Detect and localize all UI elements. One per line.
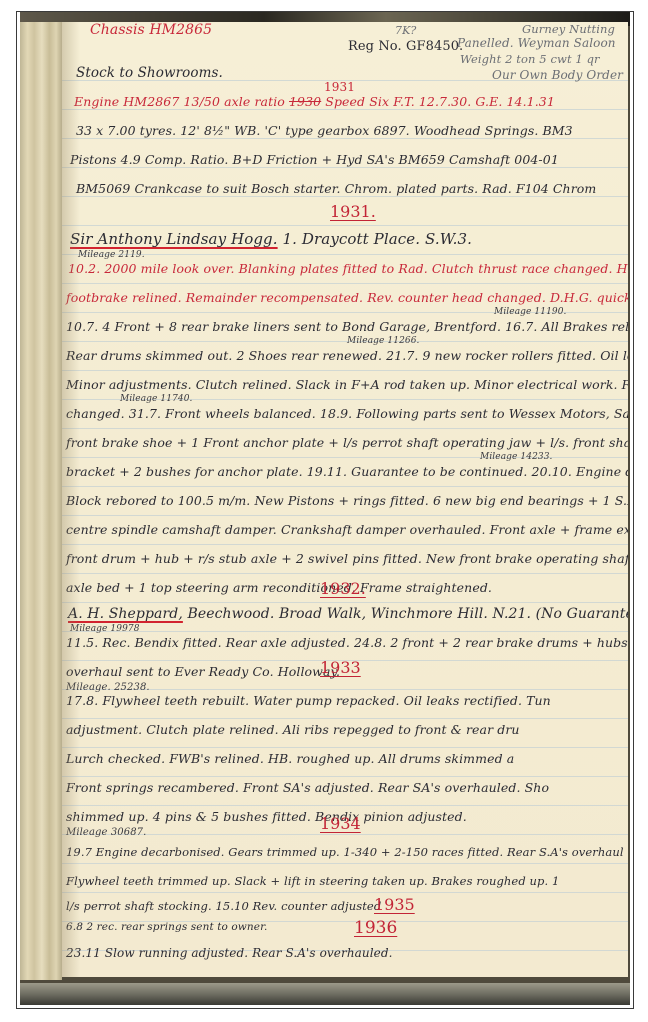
stock-note: Stock to Showrooms. <box>76 65 223 81</box>
service-line: Front springs recambered. Front SA's adj… <box>66 780 549 795</box>
spec-line: Pistons 4.9 Comp. Ratio. B+D Friction + … <box>70 152 559 167</box>
service-line: axle bed + 1 top steering arm reconditio… <box>66 580 492 595</box>
page-stack-edge <box>20 22 62 980</box>
owner-name: Sir Anthony Lindsay Hogg. <box>70 230 278 248</box>
service-line: 19.7 Engine decarbonised. Gears trimmed … <box>66 845 624 859</box>
owner-name: A. H. Sheppard, <box>68 606 183 622</box>
weight-line: Weight 2 ton 5 cwt 1 qr <box>460 52 600 66</box>
service-line: footbrake relined. Remainder recompensat… <box>66 290 628 305</box>
service-line: 23.11 Slow running adjusted. Rear S.A's … <box>66 946 393 960</box>
year-heading: 1933 <box>320 658 361 677</box>
service-line: 6.8 2 rec. rear springs sent to owner. <box>66 921 267 933</box>
mileage-note: Mileage 14233. <box>480 452 553 462</box>
body-style-line: Panelled. Weyman Saloon <box>457 36 616 50</box>
mileage-note: Mileage 11190. <box>494 307 567 317</box>
service-line: centre spindle camshaft damper. Cranksha… <box>66 522 628 537</box>
service-line: shimmed up. 4 pins & 5 bushes fitted. Be… <box>66 809 467 824</box>
service-line: Minor adjustments. Clutch relined. Slack… <box>66 377 628 392</box>
mileage-note: Mileage 19978 <box>70 624 140 634</box>
service-line: Lurch checked. FWB's relined. HB. roughe… <box>66 751 514 766</box>
year-heading: 1932. <box>320 579 366 598</box>
year-heading: 1936 <box>354 918 397 938</box>
owner-entry: A. H. Sheppard, Beechwood. Broad Walk, W… <box>68 606 628 622</box>
spec-line: 33 x 7.00 tyres. 12' 8½" WB. 'C' type ge… <box>76 123 573 138</box>
body-order-line: Our Own Body Order <box>492 68 623 82</box>
service-line: bracket + 2 bushes for anchor plate. 19.… <box>66 464 628 479</box>
service-line: 10.2. 2000 mile look over. Blanking plat… <box>68 261 628 276</box>
owner-address: Beechwood. Broad Walk, Winchmore Hill. N… <box>187 606 628 622</box>
year-heading: 1935 <box>374 895 415 914</box>
chassis-number: Chassis HM2865 <box>90 22 212 38</box>
year-heading: 1934 <box>320 814 361 833</box>
service-line: adjustment. Clutch plate relined. Ali ri… <box>66 722 520 737</box>
service-line: 11.5. Rec. Bendix fitted. Rear axle adju… <box>66 635 628 650</box>
owner-entry: Sir Anthony Lindsay Hogg. 1. Draycott Pl… <box>70 230 472 248</box>
registration-number: Reg No. GF8450. <box>348 39 463 54</box>
year-note: 1931 <box>324 80 355 94</box>
engine-spec-line: Engine HM2867 13/50 axle ratio 1930 Spee… <box>74 94 555 109</box>
mileage-note: Mileage. 25238. <box>66 682 150 693</box>
mileage-note: Mileage 11740. <box>120 394 193 404</box>
owner-address: 1. Draycott Place. S.W.3. <box>283 230 472 248</box>
service-line: changed. 31.7. Front wheels balanced. 18… <box>66 406 628 421</box>
service-line: overhaul sent to Ever Ready Co. Holloway… <box>66 664 340 679</box>
year-heading: 1931. <box>330 202 376 221</box>
book-bottom-edge <box>20 983 630 1005</box>
service-line: 17.8. Flywheel teeth rebuilt. Water pump… <box>66 693 551 708</box>
service-line: 10.7. 4 Front + 8 rear brake liners sent… <box>66 319 628 334</box>
service-line: front drum + hub + r/s stub axle + 2 swi… <box>66 551 628 566</box>
service-line: front brake shoe + 1 Front anchor plate … <box>66 435 628 450</box>
mileage-note: Mileage 2119. <box>78 250 145 260</box>
service-line: Flywheel teeth trimmed up. Slack + lift … <box>66 874 559 888</box>
spec-line: BM5069 Crankcase to suit Bosch starter. … <box>76 181 596 196</box>
service-line: Rear drums skimmed out. 2 Shoes rear ren… <box>66 348 628 363</box>
mileage-note: Mileage 11266. <box>347 336 420 346</box>
pencil-note: 7K? <box>395 24 416 37</box>
ledger-page: Chassis HM2865 7K? Gurney Nutting Reg No… <box>62 22 628 977</box>
mileage-note: Mileage 30687. <box>66 827 146 838</box>
service-line: l/s perrot shaft stocking. 15.10 Rev. co… <box>66 899 381 913</box>
service-line: Block rebored to 100.5 m/m. New Pistons … <box>66 493 628 508</box>
coachbuilder-line: Gurney Nutting <box>522 22 615 36</box>
